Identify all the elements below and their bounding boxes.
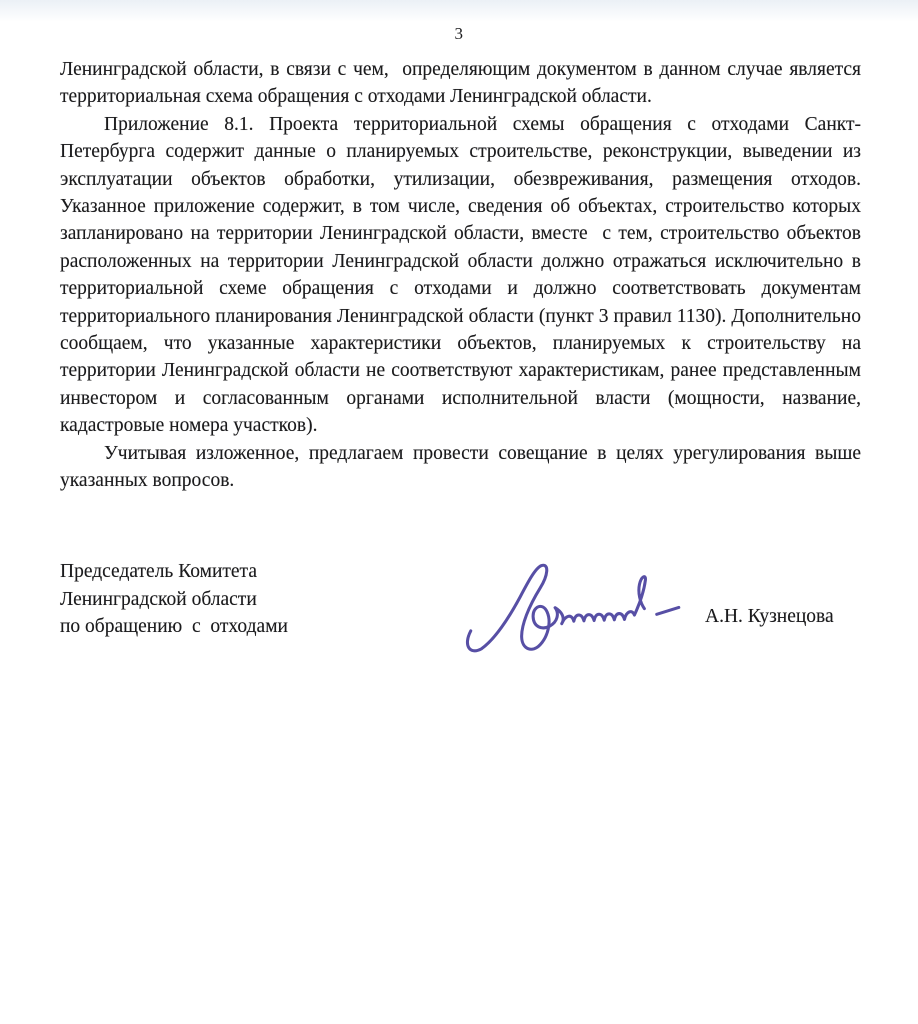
signature-stroke <box>465 562 648 652</box>
paragraph-continuation: Ленинградской области, в связи с чем, оп… <box>60 56 861 111</box>
paragraph-meeting-proposal: Учитывая изложенное, предлагаем провести… <box>60 440 861 495</box>
paragraph-appendix-details: Приложение 8.1. Проекта территориальной … <box>60 111 861 440</box>
signer-title-line: по обращению с отходами <box>60 613 288 641</box>
signer-name: А.Н. Кузнецова <box>705 606 834 628</box>
signer-title-line: Председатель Комитета <box>60 558 288 586</box>
document-page: 3 Ленинградской области, в связи с чем, … <box>0 0 918 1024</box>
signature-dash <box>657 607 679 614</box>
signer-title-line: Ленинградской области <box>60 586 288 614</box>
handwritten-signature-icon <box>460 550 692 672</box>
letter-body: Ленинградской области, в связи с чем, оп… <box>60 56 861 495</box>
scan-artifact-tint <box>0 0 918 22</box>
signer-title: Председатель Комитета Ленинградской обла… <box>60 558 288 641</box>
signature-block: Председатель Комитета Ленинградской обла… <box>60 556 861 686</box>
page-number: 3 <box>0 24 918 44</box>
